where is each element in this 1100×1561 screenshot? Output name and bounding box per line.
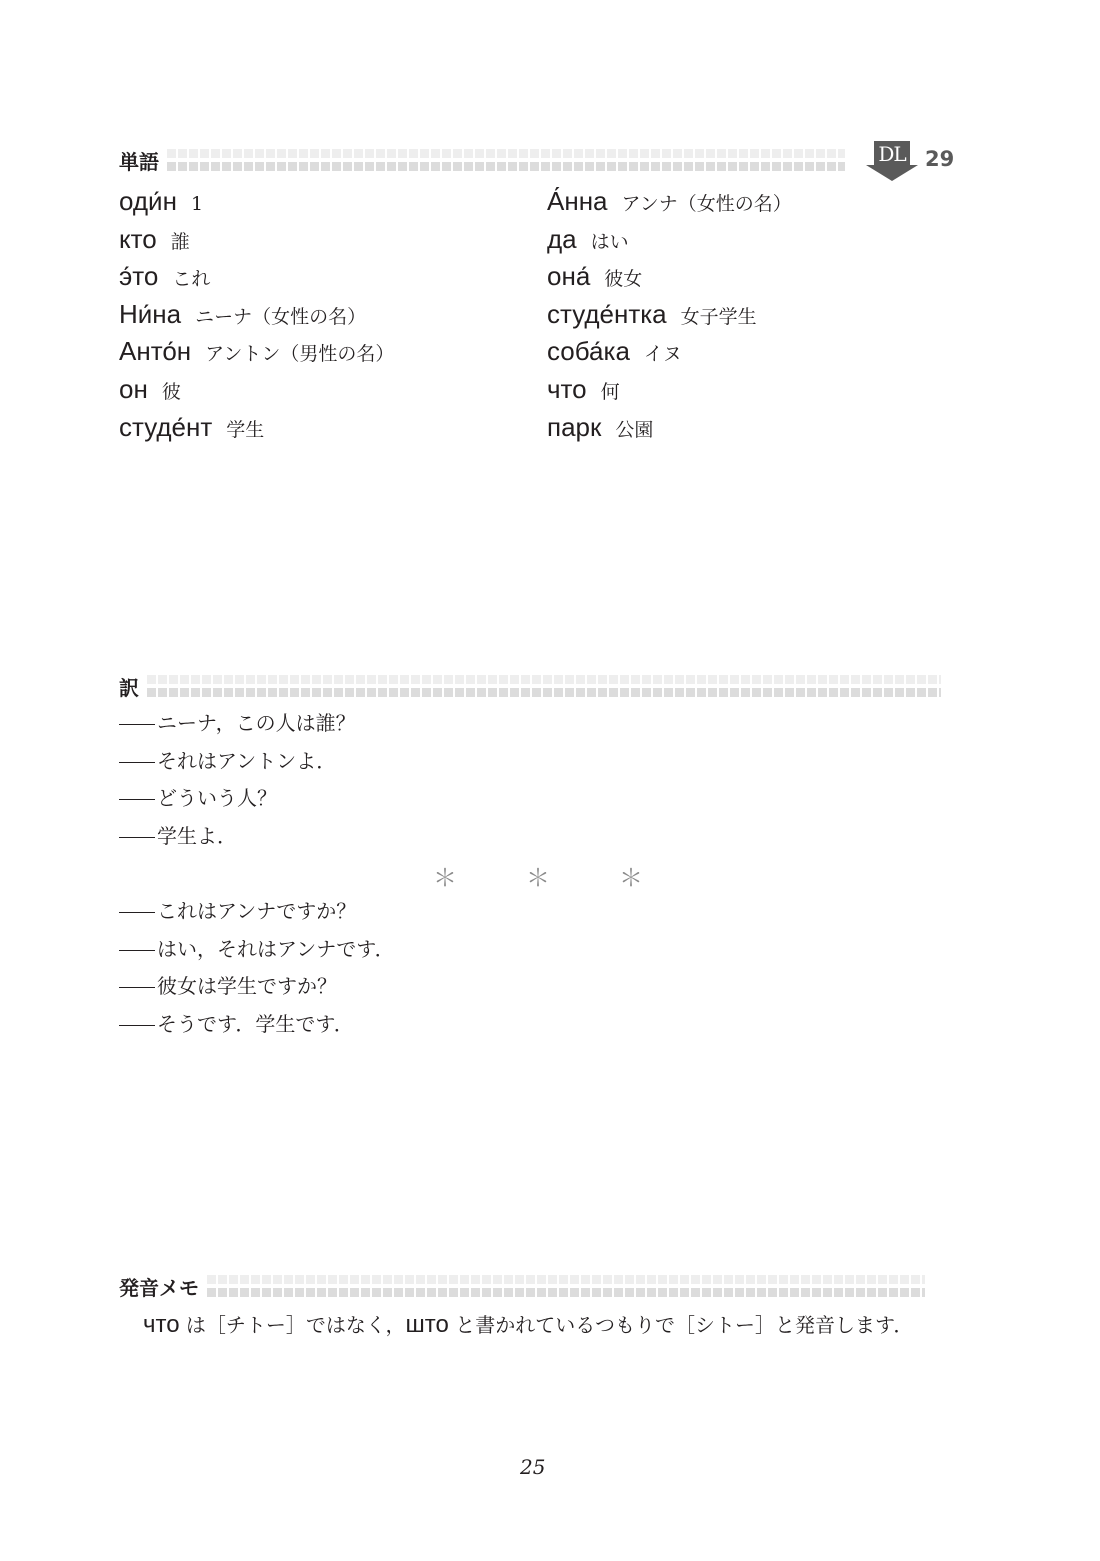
dialogue-line: 学生よ． — [119, 818, 356, 856]
section-separator: ＊ ＊ ＊ — [433, 858, 712, 893]
russian-word: што — [406, 1311, 449, 1338]
japanese-meaning: 何 — [601, 377, 620, 404]
russian-word: студе́нт — [119, 412, 212, 443]
asterisk-icon: ＊ — [619, 858, 712, 893]
decorative-band — [147, 675, 941, 697]
asterisk-icon: ＊ — [526, 858, 619, 893]
vocab-item: даはい — [547, 224, 792, 262]
dialogue-1: ニーナ，この人は誰？ それはアントンよ． どういう人？ 学生よ． — [119, 705, 356, 855]
russian-word: он — [119, 374, 148, 405]
russian-word: студе́нтка — [547, 299, 667, 330]
japanese-meaning: はい — [591, 227, 629, 254]
dialogue-line: ニーナ，この人は誰？ — [119, 705, 356, 743]
vocab-section-title: 単語 — [119, 146, 159, 175]
vocab-item: А́ннаアンナ（女性の名） — [547, 186, 792, 224]
russian-word: да — [547, 224, 577, 255]
russian-word: она́ — [547, 261, 590, 292]
japanese-meaning: 彼女 — [604, 264, 642, 291]
dash-mark — [119, 799, 155, 800]
vocab-section-header: 単語 — [119, 145, 845, 175]
dash-mark — [119, 950, 155, 951]
vocab-list-left: оди́н1 кто誰 э́тоこれ Ни́наニーナ（女性の名） Анто́н… — [119, 186, 394, 449]
japanese-meaning: 彼 — [162, 377, 181, 404]
japanese-meaning: アンナ（女性の名） — [622, 189, 792, 216]
dialogue-line: はい，それはアンナです． — [119, 931, 395, 969]
vocab-item: парк公園 — [547, 412, 792, 450]
vocab-item: Анто́нアントン（男性の名） — [119, 336, 394, 374]
vocab-item: студе́нт学生 — [119, 412, 394, 450]
dialogue-line: そうです．学生です． — [119, 1006, 395, 1044]
russian-word: соба́ка — [547, 336, 630, 367]
vocab-item: что何 — [547, 374, 792, 412]
translation-section-header: 訳 — [119, 671, 941, 701]
vocab-item: она́彼女 — [547, 261, 792, 299]
japanese-meaning: イヌ — [644, 339, 682, 366]
dialogue-line: どういう人？ — [119, 780, 356, 818]
japanese-meaning: 公園 — [615, 415, 653, 442]
japanese-meaning: 女子学生 — [681, 302, 757, 329]
russian-word: что — [547, 374, 587, 405]
japanese-meaning: 1 — [191, 193, 203, 215]
page-number: 25 — [520, 1455, 545, 1479]
russian-word: э́то — [119, 261, 158, 292]
asterisk-icon: ＊ — [433, 858, 526, 893]
russian-word: Анто́н — [119, 336, 191, 367]
dialogue-line: それはアントンよ． — [119, 743, 356, 781]
vocab-item: оди́н1 — [119, 186, 394, 224]
pronunciation-note: что は［チトー］ではなく，што と書かれているつもりで［シトー］と発音しま… — [119, 1306, 951, 1344]
japanese-meaning: ニーナ（女性の名） — [195, 302, 366, 329]
russian-word: Ни́на — [119, 299, 181, 330]
russian-word: кто — [119, 224, 157, 255]
japanese-meaning: アントン（男性の名） — [205, 339, 394, 366]
pronunciation-section-header: 発音メモ — [119, 1271, 925, 1301]
textbook-page: 単語 DL 29 оди́н1 кто誰 э́тоこれ Ни́наニーナ（女性の… — [0, 0, 1100, 1561]
download-label: DL — [874, 141, 910, 167]
dash-mark — [119, 987, 155, 988]
decorative-band — [207, 1275, 925, 1297]
russian-word: что — [143, 1311, 180, 1338]
japanese-meaning: 誰 — [171, 227, 190, 254]
vocab-item: э́тоこれ — [119, 261, 394, 299]
vocab-item: Ни́наニーナ（女性の名） — [119, 299, 394, 337]
russian-word: А́нна — [547, 186, 608, 217]
download-badge[interactable]: DL — [866, 141, 916, 181]
vocab-item: кто誰 — [119, 224, 394, 262]
dialogue-line: これはアンナですか？ — [119, 893, 395, 931]
dialogue-line: 彼女は学生ですか？ — [119, 968, 395, 1006]
vocab-item: студе́нтка女子学生 — [547, 299, 792, 337]
japanese-meaning: これ — [172, 264, 210, 291]
dialogue-2: これはアンナですか？ はい，それはアンナです． 彼女は学生ですか？ そうです．学… — [119, 893, 395, 1043]
dash-mark — [119, 1025, 155, 1026]
translation-section-title: 訳 — [119, 672, 139, 701]
dash-mark — [119, 912, 155, 913]
russian-word: оди́н — [119, 186, 177, 217]
vocab-item: соба́каイヌ — [547, 336, 792, 374]
russian-word: парк — [547, 412, 601, 443]
vocab-item: он彼 — [119, 374, 394, 412]
dash-mark — [119, 762, 155, 763]
decorative-band — [167, 149, 845, 171]
vocab-list-right: А́ннаアンナ（女性の名） даはい она́彼女 студе́нтка女子学… — [547, 186, 792, 449]
dash-mark — [119, 724, 155, 725]
japanese-meaning: 学生 — [226, 415, 264, 442]
dash-mark — [119, 837, 155, 838]
pronunciation-section-title: 発音メモ — [119, 1272, 199, 1301]
download-track-number: 29 — [925, 147, 954, 171]
